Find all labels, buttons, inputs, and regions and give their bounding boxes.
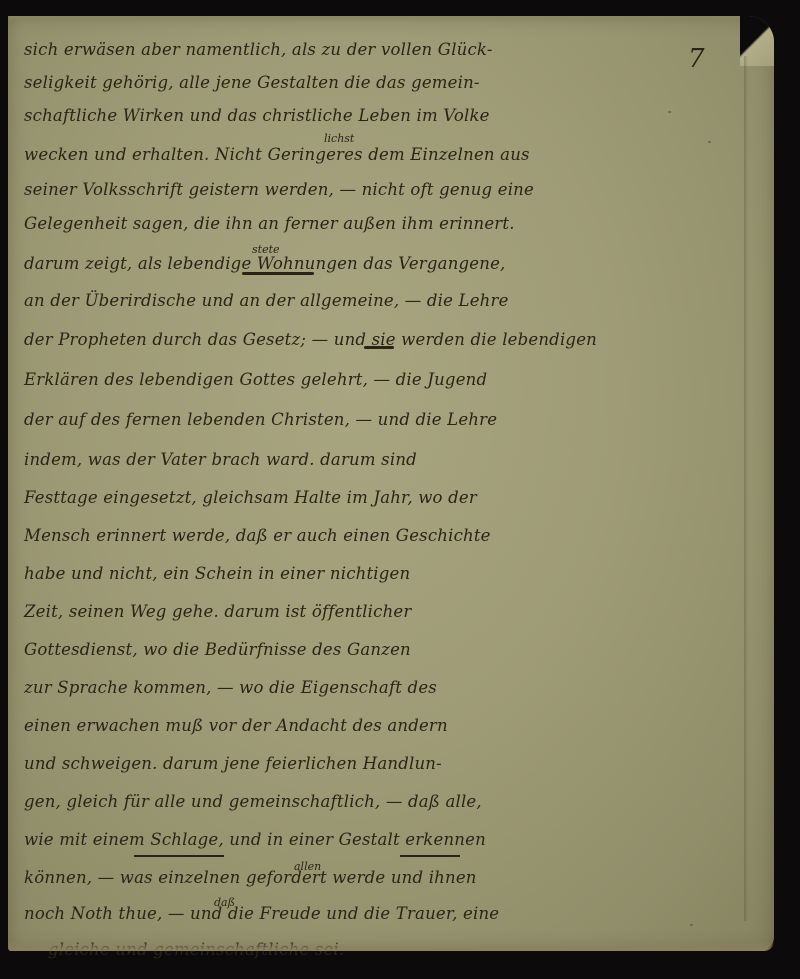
text-line-18: zur Sprache kommen, — wo die Eigenschaft… — [24, 678, 437, 708]
text-line-25: gleiche und gemeinschaftliche sei. — [48, 940, 344, 970]
interlinear-insertion-1: lichst — [324, 132, 354, 145]
paper-speck — [128, 951, 131, 953]
text-line-3: schaftliche Wirken und das christliche L… — [24, 106, 490, 136]
text-line-2: seligkeit gehörig, alle jene Gestalten d… — [24, 73, 480, 103]
text-line-10: Erklären des lebendigen Gottes gelehrt, … — [24, 370, 487, 400]
text-line-12: indem, was der Vater brach ward. darum s… — [24, 450, 417, 480]
manuscript-scan: 7 sich erwäsen aber namentlich, als zu d… — [0, 0, 800, 979]
paper-speck — [690, 924, 693, 926]
text-line-6: Gelegenheit sagen, die ihn an ferner auß… — [24, 214, 515, 244]
text-line-20: und schweigen. darum jene feierlichen Ha… — [24, 754, 442, 784]
text-line-15: habe und nicht, ein Schein in einer nich… — [24, 564, 410, 594]
text-line-16: Zeit, seinen Weg gehe. darum ist öffentl… — [24, 602, 411, 632]
text-line-23: können, — was einzelnen gefordert werde … — [24, 868, 477, 898]
text-line-5: seiner Volksschrift geistern werden, — n… — [24, 180, 534, 210]
paper-speck — [668, 111, 671, 113]
text-line-8: an der Überirdische und an der allgemein… — [24, 291, 509, 321]
text-line-1: sich erwäsen aber namentlich, als zu der… — [24, 40, 493, 70]
strikethrough-mark — [242, 272, 314, 275]
text-line-9: der Propheten durch das Gesetz; — und si… — [24, 330, 597, 360]
paper-speck — [708, 141, 711, 143]
manuscript-page: 7 sich erwäsen aber namentlich, als zu d… — [8, 16, 774, 951]
text-line-24: noch Noth thue, — und die Freude und die… — [24, 904, 499, 934]
strikethrough-mark — [364, 346, 394, 349]
text-line-7: darum zeigt, als lebendige Wohnungen das… — [24, 254, 506, 284]
page-edge-shadow — [744, 56, 748, 921]
page-number: 7 — [688, 44, 705, 74]
text-line-17: Gottesdienst, wo die Bedürfnisse des Gan… — [24, 640, 411, 670]
text-line-21: gen, gleich für alle und gemeinschaftlic… — [24, 792, 482, 822]
underline-mark — [134, 855, 224, 857]
text-line-11: der auf des fernen lebenden Christen, — … — [24, 410, 497, 440]
text-line-19: einen erwachen muß vor der Andacht des a… — [24, 716, 448, 746]
text-line-4: wecken und erhalten. Nicht Geringeres de… — [24, 145, 530, 175]
underline-mark — [400, 855, 460, 857]
text-line-13: Festtage eingesetzt, gleichsam Halte im … — [24, 488, 477, 518]
text-line-14: Mensch erinnert werde, daß er auch einen… — [24, 526, 491, 556]
